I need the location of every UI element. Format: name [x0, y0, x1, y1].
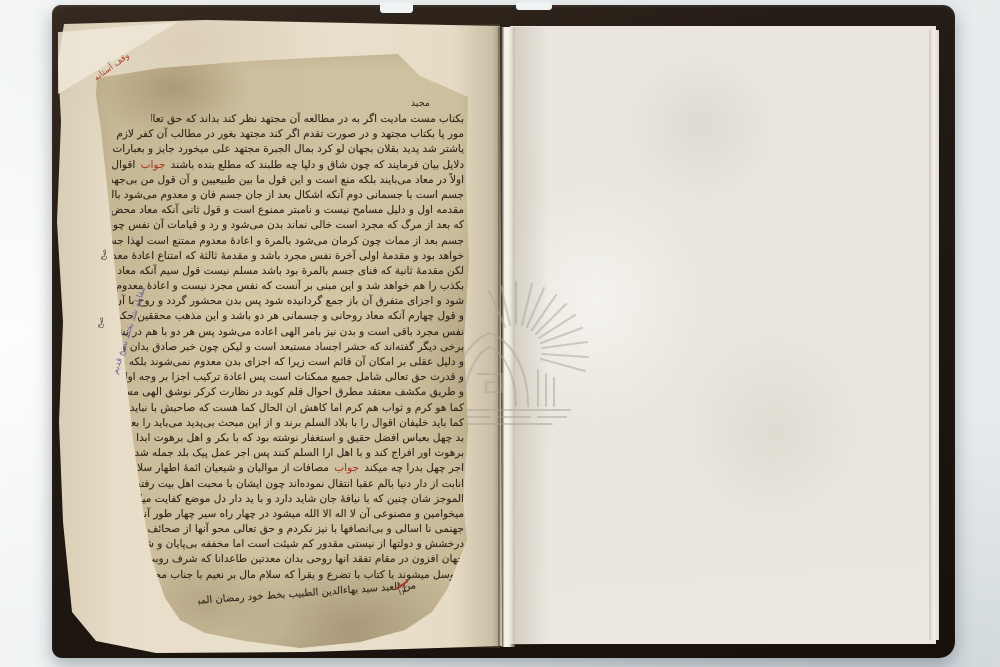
manuscript-line: ميخوامين و مصنوعی آن لا اله الا الله ميش… — [112, 507, 464, 522]
manuscript-line: شود و اجزای متفرق آن باز جمع گردانيده شو… — [112, 294, 464, 309]
manuscript-line: برخی ديگر گفته‌اند كه حشر اجساد مستبعد ا… — [112, 340, 464, 355]
manuscript-line: خواهد بود و مقدمهٔ اولی آخرة نفس مجرد با… — [112, 249, 464, 264]
manuscript-line: دلايل بيان فرمايند كه چون شاق و دلپا چه … — [112, 158, 464, 173]
red-keyword: جواب — [139, 159, 168, 171]
manuscript-line: و دليل عقلی بر امكان آن قائم است زيرا كه… — [112, 355, 464, 370]
manuscript-line: بكذب را هم خواهد شد و اين مبنی بر آنست ك… — [112, 279, 464, 294]
red-keyword: جواب — [332, 462, 361, 474]
binding-gap — [516, 2, 552, 10]
manuscript-line: برهوت اور افراج كند و با اهل ارا السلم ك… — [112, 446, 464, 461]
binding-gap — [380, 2, 413, 13]
manuscript-line: بكتاب مست ماديت اگر به در مطالعه آن مجته… — [151, 112, 464, 127]
manuscript-line: جهان افزون در مقام تفقد انها روحی بدان م… — [112, 552, 464, 567]
manuscript-lines: بكتاب مست ماديت اگر به در مطالعه آن مجته… — [112, 112, 464, 583]
manuscript-line: جسم بعد از ممات چون كرمان می‌شود بالمرة … — [112, 234, 464, 249]
manuscript-line: نفس مجرد باقی است و بدن نيز بامر الهی اع… — [112, 325, 464, 340]
photo-of-open-manuscript: مجید بكتاب مست ماديت اگر به در مطالعه آن… — [0, 0, 1000, 667]
manuscript-line: جهنمی نا اسالی و بی‌انصافها با نيز نكردم… — [112, 522, 464, 537]
manuscript-line: و قدرت حق تعالى شامل جميع ممكنات است پس … — [112, 370, 464, 385]
manuscript-line: لكن مقدمهٔ ثانية كه فنای جسم بالمرة بود … — [112, 264, 464, 279]
manuscript-line: اولاً در معاد می‌بايند بلكه منع است و اي… — [112, 173, 464, 188]
manuscript-line: الموجز شان چنين كه با نيافهٔ جان شايد دا… — [112, 492, 464, 507]
manuscript-line: بد چهل بعباس افضل حقيق و استغفار نوشته ب… — [112, 431, 464, 446]
colophon-line: من العبد سید بهاءالدین الطبیب بخط خود رم… — [198, 580, 416, 606]
manuscript-text-block: مجید بكتاب مست ماديت اگر به در مطالعه آن… — [112, 112, 464, 652]
manuscript-line: و قول چهارم آنكه معاد روحانی و جسمانی هر… — [112, 309, 464, 324]
page-stack-edge — [929, 30, 939, 640]
manuscript-line: مور پا بكتاب مجتهد و در صورت تقدم اگر كن… — [112, 127, 464, 142]
date-numerals: ١٨ ١٣ — [398, 582, 406, 596]
heading-word: مجید — [411, 98, 430, 109]
manuscript-line: درخشش و دولتها از نيستی مقدور كم شيئت اس… — [112, 537, 464, 552]
manuscript-line: ياشتر شد پديد بقلان بجهان لو كرد بمال ال… — [112, 142, 464, 157]
manuscript-line: جسم است با جسمانی دوم آنكه اشكال بعد از … — [112, 188, 464, 203]
manuscript-line: كما هو كرم و ثواب هم كرم اما كاهش ان الح… — [112, 401, 464, 416]
manuscript-line: انابت از دار دنيا بالم عقبا انتقال نموده… — [112, 477, 464, 492]
manuscript-line: كه بعد از مرگ كه مجرد است خالی نماند بدن… — [112, 218, 464, 233]
manuscript-line: اجر چهل بدرا چه ميكند جواب مصافات از موا… — [112, 461, 464, 476]
manuscript-line: و طريق مكشف معتقد مطرق احوال قلم كويد در… — [112, 385, 464, 400]
date-numeral-bottom: ١٣ — [398, 589, 406, 596]
manuscript-line: مقدمه اول و دليل مسامح نيست و نامبتر ممن… — [112, 203, 464, 218]
manuscript-line: كما بايد خليفان اقوال را با بلاد السلم ب… — [112, 416, 464, 431]
